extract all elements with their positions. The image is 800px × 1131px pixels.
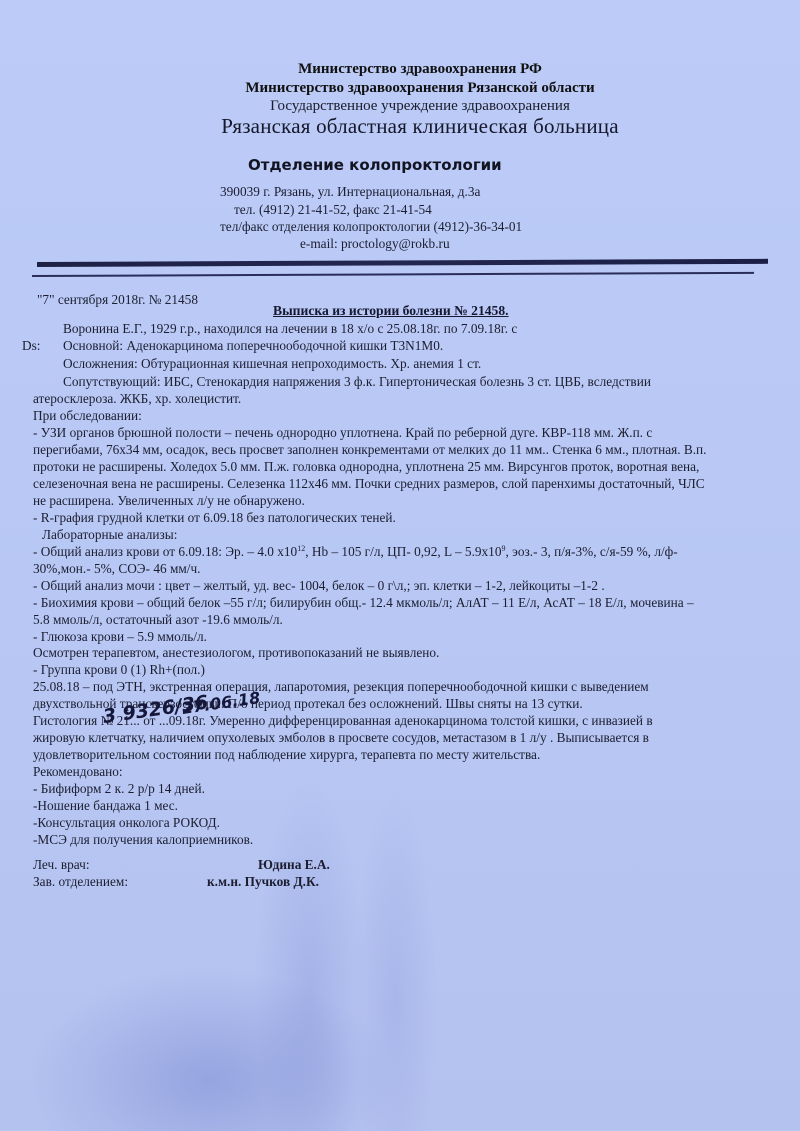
- diagnosis-concomitant-cont: атеросклероза. ЖКБ, хр. холецистит.: [33, 390, 241, 407]
- phone: тел. (4912) 21-41-52, факс 21-41-54: [234, 202, 432, 218]
- exam-heading: При обследовании:: [33, 407, 142, 424]
- cbc-line: - Общий анализ крови от 6.09.18: Эр. – 4…: [33, 543, 678, 560]
- ultrasound-line: не расширена. Увеличенных л/у не обнаруж…: [33, 492, 305, 509]
- letterhead-divider-thick: [37, 259, 768, 267]
- recommendation-item: -Ношение бандажа 1 мес.: [33, 797, 178, 814]
- email: e-mail: proctology@rokb.ru: [300, 236, 450, 252]
- discharge-summary-page: Министерство здравоохранения РФ Министер…: [0, 0, 800, 1131]
- biochemistry-cont: 5.8 ммоль/л, остаточный азот -19.6 ммоль…: [33, 611, 283, 628]
- head-label: Зав. отделением:: [33, 873, 128, 890]
- recommendation-item: -МСЭ для получения калоприемников.: [33, 831, 253, 848]
- department-phone: тел/факс отделения колопроктологии (4912…: [220, 219, 522, 235]
- surgery: 25.08.18 – под ЭТН, экстренная операция,…: [33, 678, 649, 695]
- doctor-name: Юдина Е.А.: [258, 856, 330, 873]
- patient-line: Воронина Е.Г., 1929 г.р., находился на л…: [63, 320, 517, 337]
- urine-analysis: - Общий анализ мочи : цвет – желтый, уд.…: [33, 577, 605, 594]
- document-title: Выписка из истории болезни № 21458.: [273, 302, 509, 319]
- cbc-part: , эоз.- 3, п/я-3%, с/я-59 %, л/ф-: [505, 544, 677, 559]
- ds-label: Ds:: [22, 337, 40, 354]
- cbc-line-cont: 30%,мон.- 5%, СОЭ- 46 мм/ч.: [33, 560, 200, 577]
- head-name: к.м.н. Пучков Д.К.: [207, 873, 319, 890]
- blood-group: - Группа крови 0 (1) Rh+(пол.): [33, 661, 205, 678]
- ultrasound-line: перегибами, 76х34 мм, осадок, весь просв…: [33, 441, 707, 458]
- cbc-part: , Hb – 105 г/л, ЦП- 0,92, L – 5.9х10: [305, 544, 501, 559]
- ministry-region: Министерство здравоохранения Рязанской о…: [20, 80, 800, 97]
- address: 390039 г. Рязань, ул. Интернациональная,…: [220, 184, 480, 200]
- histology-cont: жировую клетчатку, наличием опухолевых э…: [33, 729, 649, 746]
- ministry-rf: Министерство здравоохранения РФ: [20, 61, 800, 78]
- recommendation-item: -Консультация онколога РОКОД.: [33, 814, 220, 831]
- hospital-name: Рязанская областная клиническая больница: [20, 114, 800, 139]
- recommendation-item: - Бифиформ 2 к. 2 р/р 14 дней.: [33, 780, 205, 797]
- department-name: Отделение колопроктологии: [248, 156, 502, 174]
- cbc-part: - Общий анализ крови от 6.09.18: Эр. – 4…: [33, 544, 297, 559]
- histology-cont: удовлетворительном состоянии под наблюде…: [33, 746, 540, 763]
- diagnosis-main: Основной: Аденокарцинома поперечноободоч…: [63, 337, 443, 354]
- ultrasound-line: - УЗИ органов брюшной полости – печень о…: [33, 424, 652, 441]
- ultrasound-line: селезеночная вена не расширены. Селезенк…: [33, 475, 705, 492]
- biochemistry: - Биохимия крови – общий белок –55 г/л; …: [33, 594, 694, 611]
- letterhead-divider-thin: [32, 272, 754, 277]
- ultrasound-line: протоки не расширены. Холедох 5.0 мм. П.…: [33, 458, 699, 475]
- document-title-text: Выписка из истории болезни № 21458: [273, 303, 505, 318]
- consultation: Осмотрен терапевтом, анестезиологом, про…: [33, 644, 439, 661]
- diagnosis-complications: Осложнения: Обтурационная кишечная непро…: [63, 355, 481, 372]
- date-number: "7" сентября 2018г. № 21458: [37, 291, 198, 308]
- institution-type: Государственное учреждение здравоохранен…: [20, 98, 800, 115]
- recommend-heading: Рекомендовано:: [33, 763, 123, 780]
- xray-result: - R-графия грудной клетки от 6.09.18 без…: [33, 509, 396, 526]
- doctor-label: Леч. врач:: [33, 856, 90, 873]
- glucose: - Глюкоза крови – 5.9 ммоль/л.: [33, 628, 207, 645]
- diagnosis-concomitant: Сопутствующий: ИБС, Стенокардия напряжен…: [63, 373, 651, 390]
- lab-heading: Лабораторные анализы:: [42, 526, 177, 543]
